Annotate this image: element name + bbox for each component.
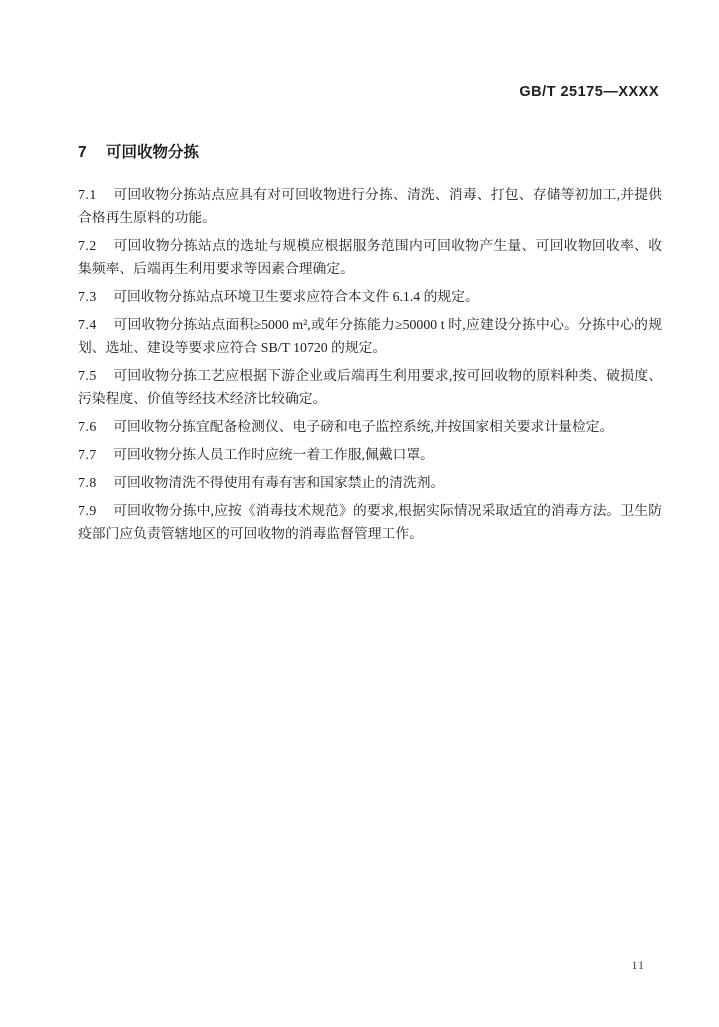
section-number: 7: [78, 144, 87, 162]
clause-7-6: 7.6 可回收物分拣宜配备检测仪、电子磅和电子监控系统,并按国家相关要求计量检定…: [78, 415, 662, 438]
document-header: GB/T 25175—XXXX: [0, 84, 659, 100]
clause-7-4: 7.4 可回收物分拣站点面积≥5000 m²,或年分拣能力≥50000 t 时,…: [78, 313, 662, 359]
clause-number: 7.8: [78, 471, 97, 494]
clause-number: 7.9: [78, 499, 97, 522]
clause-text: 可回收物分拣中,应按《消毒技术规范》的要求,根据实际情况采取适宜的消毒方法。卫生…: [78, 503, 662, 541]
page-footer: 11: [631, 958, 645, 973]
clause-7-8: 7.8 可回收物清洗不得使用有毒有害和国家禁止的清洗剂。: [78, 471, 662, 494]
standard-number: GB/T 25175—XXXX: [519, 84, 659, 100]
clause-text: 可回收物分拣人员工作时应统一着工作服,佩戴口罩。: [113, 447, 434, 462]
clause-7-9: 7.9 可回收物分拣中,应按《消毒技术规范》的要求,根据实际情况采取适宜的消毒方…: [78, 499, 662, 545]
clause-7-2: 7.2 可回收物分拣站点的选址与规模应根据服务范围内可回收物产生量、可回收物回收…: [78, 234, 662, 280]
clause-text: 可回收物分拣站点的选址与规模应根据服务范围内可回收物产生量、可回收物回收率、收集…: [78, 238, 662, 276]
clause-number: 7.3: [78, 285, 97, 308]
clause-number: 7.7: [78, 443, 97, 466]
page-number: 11: [631, 958, 645, 972]
clause-7-1: 7.1 可回收物分拣站点应具有对可回收物进行分拣、清洗、消毒、打包、存储等初加工…: [78, 183, 662, 229]
clause-number: 7.6: [78, 415, 97, 438]
clause-7-7: 7.7 可回收物分拣人员工作时应统一着工作服,佩戴口罩。: [78, 443, 662, 466]
clause-7-3: 7.3 可回收物分拣站点环境卫生要求应符合本文件 6.1.4 的规定。: [78, 285, 662, 308]
clause-text: 可回收物分拣站点应具有对可回收物进行分拣、清洗、消毒、打包、存储等初加工,并提供…: [78, 187, 662, 225]
clause-number: 7.1: [78, 183, 97, 206]
clause-text: 可回收物分拣工艺应根据下游企业或后端再生利用要求,按可回收物的原料种类、破损度、…: [78, 368, 662, 406]
clause-number: 7.4: [78, 313, 97, 336]
clause-7-5: 7.5 可回收物分拣工艺应根据下游企业或后端再生利用要求,按可回收物的原料种类、…: [78, 364, 662, 410]
clause-number: 7.5: [78, 364, 97, 387]
section-title: 可回收物分拣: [106, 144, 199, 161]
clause-text: 可回收物清洗不得使用有毒有害和国家禁止的清洗剂。: [113, 475, 444, 490]
document-content: 7 可回收物分拣 7.1 可回收物分拣站点应具有对可回收物进行分拣、清洗、消毒、…: [78, 140, 662, 550]
document-page: GB/T 25175—XXXX 7 可回收物分拣 7.1 可回收物分拣站点应具有…: [0, 0, 719, 1027]
clause-text: 可回收物分拣站点环境卫生要求应符合本文件 6.1.4 的规定。: [113, 289, 479, 304]
clause-text: 可回收物分拣站点面积≥5000 m²,或年分拣能力≥50000 t 时,应建设分…: [78, 317, 662, 355]
section-heading: 7 可回收物分拣: [78, 140, 662, 162]
clause-text: 可回收物分拣宜配备检测仪、电子磅和电子监控系统,并按国家相关要求计量检定。: [113, 419, 613, 434]
clause-number: 7.2: [78, 234, 97, 257]
